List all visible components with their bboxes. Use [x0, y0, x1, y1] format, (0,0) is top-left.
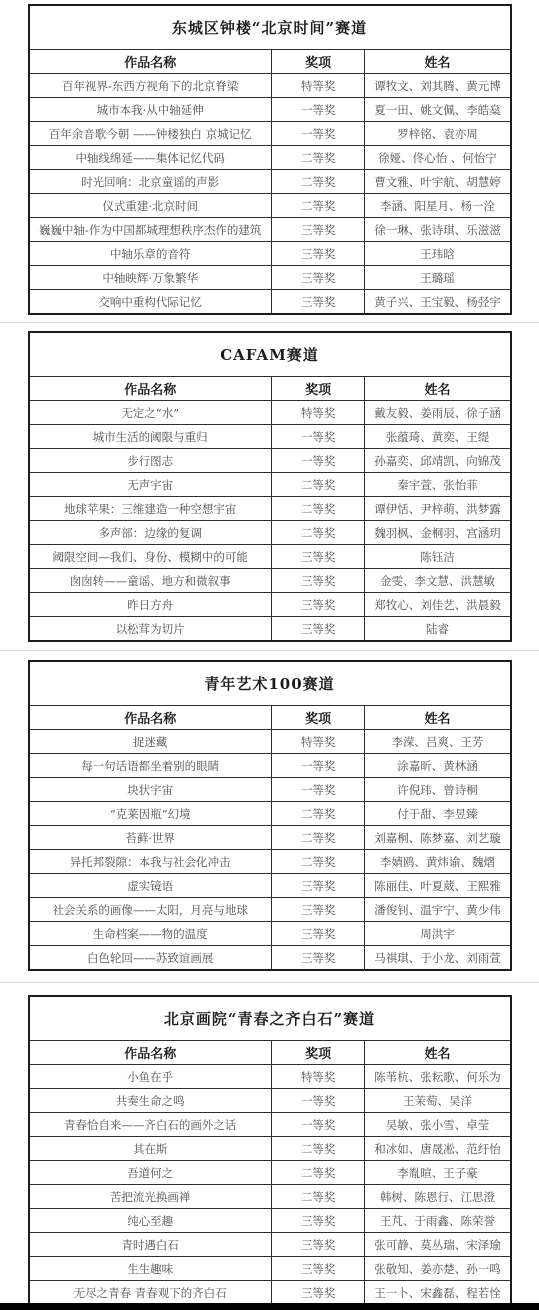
award-cell: 一等奖: [272, 1113, 366, 1136]
table-row: 时光回响：北京童谣的声影二等奖曹文雅、叶宇航、胡慧婷: [30, 170, 510, 194]
names-cell: 张敬知、姜亦楚、孙一鸣: [365, 1257, 509, 1280]
names-cell: 韩树、陈恩行、江思澄: [365, 1185, 509, 1208]
table-row: 城市本我·从中轴延伸一等奖夏一田、姚文佩、李皓燊: [30, 98, 510, 122]
table-title: 东城区钟楼“北京时间”赛道: [30, 6, 510, 50]
award-cell: 三等奖: [272, 242, 366, 265]
award-cell: 一等奖: [272, 778, 366, 801]
names-cell: 罗梓铭、袁亦周: [365, 122, 509, 145]
work-cell: 无声宇宙: [30, 473, 272, 496]
award-cell: 一等奖: [272, 754, 366, 777]
table-row: 青时遇白石三等奖张可静、莫丛瑞、宋泽瑜: [30, 1233, 510, 1257]
table-title: 青年艺术100赛道: [30, 662, 510, 706]
work-cell: 囱囱转——童谣、地方和微叙事: [30, 569, 272, 592]
table-row: 纯心至趣三等奖王芃、于雨鑫、陈荣誉: [30, 1209, 510, 1233]
award-cell: 二等奖: [272, 497, 366, 520]
work-cell: 其在斯: [30, 1137, 272, 1160]
names-cell: 陈丽佳、叶夏葳、王熙雅: [365, 874, 509, 897]
award-cell: 二等奖: [272, 802, 366, 825]
work-cell: 异托邦裂隙：本我与社会化冲击: [30, 850, 272, 873]
work-cell: 时光回响：北京童谣的声影: [30, 170, 272, 193]
table-title: 北京画院“青春之齐白石”赛道: [30, 997, 510, 1041]
names-cell: 金雯、李文慧、洪慧敏: [365, 569, 509, 592]
award-cell: 二等奖: [272, 170, 366, 193]
column-header-award: 奖项: [272, 50, 366, 73]
award-cell: 三等奖: [272, 545, 366, 568]
award-cell: 三等奖: [272, 569, 366, 592]
award-tables-container: 东城区钟楼“北京时间”赛道作品名称奖项姓名百年视界-东西方视角下的北京脊梁特等奖…: [0, 0, 539, 1306]
award-cell: 一等奖: [272, 1089, 366, 1112]
table-row: 生生趣味三等奖张敬知、姜亦楚、孙一鸣: [30, 1257, 510, 1281]
award-cell: 三等奖: [272, 898, 366, 921]
names-cell: 张蕴琦、黄奕、王缇: [365, 425, 509, 448]
table-row: 多声部：边缘的复调二等奖魏羽枫、金桐羽、宫涵玥: [30, 521, 510, 545]
work-cell: 无定之“水”: [30, 401, 272, 424]
award-cell: 二等奖: [272, 1185, 366, 1208]
award-cell: 二等奖: [272, 1161, 366, 1184]
names-cell: 周洪宇: [365, 922, 509, 945]
award-cell: 二等奖: [272, 521, 366, 544]
table-row: 百年余音歌今朝 ——钟楼独白 京城记忆一等奖罗梓铭、袁亦周: [30, 122, 510, 146]
column-header-names: 姓名: [365, 1041, 509, 1064]
table-header-row: 作品名称奖项姓名: [30, 1041, 510, 1065]
award-cell: 特等奖: [272, 730, 366, 753]
names-cell: 许倪玮、曾诗桐: [365, 778, 509, 801]
column-header-names: 姓名: [365, 50, 509, 73]
award-table: CAFAM赛道作品名称奖项姓名无定之“水”特等奖戴友毅、姜雨辰、徐子涵城市生活的…: [28, 331, 512, 642]
award-cell: 二等奖: [272, 1137, 366, 1160]
names-cell: 孙嘉奕、邱靖凯、向锦茂: [365, 449, 509, 472]
table-row: 以松茸为切片三等奖陆睿: [30, 617, 510, 640]
names-cell: 潘俊钊、温宇宁、黄少伟: [365, 898, 509, 921]
table-row: 交响中重构代际记忆三等奖黄子兴、王宝毅、杨弪宇: [30, 290, 510, 313]
names-cell: 王一卜、宋鑫磊、程若恮: [365, 1281, 509, 1304]
names-cell: 王璐瑶: [365, 266, 509, 289]
table-row: 囱囱转——童谣、地方和微叙事三等奖金雯、李文慧、洪慧敏: [30, 569, 510, 593]
table-gap: [0, 971, 539, 995]
table-row: 中轴映辉·万象繁华三等奖王璐瑶: [30, 266, 510, 290]
column-header-award: 奖项: [272, 1041, 366, 1064]
table-header-row: 作品名称奖项姓名: [30, 706, 510, 730]
names-cell: 陈苇杭、张耘歌、何乐为: [365, 1065, 509, 1088]
work-cell: 中轴线绵延——集体记忆代码: [30, 146, 272, 169]
work-cell: 中轴映辉·万象繁华: [30, 266, 272, 289]
table-row: 每一句话语都坐着别的眼睛一等奖涂嘉昕、黄林涵: [30, 754, 510, 778]
award-cell: 三等奖: [272, 922, 366, 945]
award-cell: 三等奖: [272, 1281, 366, 1304]
work-cell: 纯心至趣: [30, 1209, 272, 1232]
table-row: 共奏生命之鸣一等奖王茉萄、吴洋: [30, 1089, 510, 1113]
names-cell: 王茉萄、吴洋: [365, 1089, 509, 1112]
work-cell: 青时遇白石: [30, 1233, 272, 1256]
column-header-work: 作品名称: [30, 50, 272, 73]
table-row: 社会关系的画像——太阳，月亮与地球三等奖潘俊钊、温宇宁、黄少伟: [30, 898, 510, 922]
work-cell: 城市生活的阈限与重归: [30, 425, 272, 448]
column-header-work: 作品名称: [30, 1041, 272, 1064]
work-cell: 生命档案——物的温度: [30, 922, 272, 945]
work-cell: 中轴乐章的音符: [30, 242, 272, 265]
names-cell: 王芃、于雨鑫、陈荣誉: [365, 1209, 509, 1232]
table-title: CAFAM赛道: [30, 333, 510, 377]
names-cell: 和冰如、唐晟凇、范纡怡: [365, 1137, 509, 1160]
names-cell: 夏一田、姚文佩、李皓燊: [365, 98, 509, 121]
work-cell: 百年余音歌今朝 ——钟楼独白 京城记忆: [30, 122, 272, 145]
table-header-row: 作品名称奖项姓名: [30, 377, 510, 401]
work-cell: 步行图志: [30, 449, 272, 472]
award-table: 北京画院“青春之齐白石”赛道作品名称奖项姓名小鱼在乎特等奖陈苇杭、张耘歌、何乐为…: [28, 995, 512, 1306]
section-divider-line: [0, 322, 539, 323]
award-cell: 三等奖: [272, 1257, 366, 1280]
work-cell: 共奏生命之鸣: [30, 1089, 272, 1112]
award-cell: 二等奖: [272, 826, 366, 849]
names-cell: 刘嘉桐、陈梦嘉、刘艺璇: [365, 826, 509, 849]
award-cell: 特等奖: [272, 74, 366, 97]
award-cell: 二等奖: [272, 850, 366, 873]
award-table: 东城区钟楼“北京时间”赛道作品名称奖项姓名百年视界-东西方视角下的北京脊梁特等奖…: [28, 4, 512, 315]
names-cell: 王玮晗: [365, 242, 509, 265]
names-cell: 魏羽枫、金桐羽、宫涵玥: [365, 521, 509, 544]
table-row: 城市生活的阈限与重归一等奖张蕴琦、黄奕、王缇: [30, 425, 510, 449]
work-cell: 交响中重构代际记忆: [30, 290, 272, 313]
column-header-names: 姓名: [365, 377, 509, 400]
names-cell: 徐一琳、张诗琪、乐滋滋: [365, 218, 509, 241]
award-cell: 三等奖: [272, 218, 366, 241]
names-cell: 李溁、吕爽、王芳: [365, 730, 509, 753]
award-cell: 一等奖: [272, 449, 366, 472]
work-cell: 小鱼在乎: [30, 1065, 272, 1088]
award-cell: 三等奖: [272, 1209, 366, 1232]
table-row: 地球苹果：三维建造一种空想宇宙二等奖谭伊恬、尹梓萌、洪梦露: [30, 497, 510, 521]
work-cell: 以松茸为切片: [30, 617, 272, 640]
names-cell: 涂嘉昕、黄林涵: [365, 754, 509, 777]
table-row: 百年视界-东西方视角下的北京脊梁特等奖谭牧文、刘其腾、黄元博: [30, 74, 510, 98]
work-cell: 每一句话语都坐着别的眼睛: [30, 754, 272, 777]
table-row: 无声宇宙二等奖秦宇萱、张怡菲: [30, 473, 510, 497]
work-cell: 城市本我·从中轴延伸: [30, 98, 272, 121]
column-header-work: 作品名称: [30, 706, 272, 729]
column-header-award: 奖项: [272, 706, 366, 729]
names-cell: 谭伊恬、尹梓萌、洪梦露: [365, 497, 509, 520]
table-row: 无尽之青春 青春观下的齐白石三等奖王一卜、宋鑫磊、程若恮: [30, 1281, 510, 1304]
names-cell: 李胤暄、王子豪: [365, 1161, 509, 1184]
award-cell: 三等奖: [272, 266, 366, 289]
bottom-black-bar: [0, 1303, 539, 1310]
award-cell: 一等奖: [272, 425, 366, 448]
work-cell: 仪式重建·北京时间: [30, 194, 272, 217]
section-divider-line: [0, 650, 539, 651]
table-row: 小鱼在乎特等奖陈苇杭、张耘歌、何乐为: [30, 1065, 510, 1089]
work-cell: “克莱因瓶”幻境: [30, 802, 272, 825]
work-cell: 百年视界-东西方视角下的北京脊梁: [30, 74, 272, 97]
table-row: 仪式重建·北京时间二等奖李涵、阳星月、杨一洤: [30, 194, 510, 218]
table-row: 块状宇宙一等奖许倪玮、曾诗桐: [30, 778, 510, 802]
work-cell: 捉迷藏: [30, 730, 272, 753]
work-cell: 无尽之青春 青春观下的齐白石: [30, 1281, 272, 1304]
names-cell: 郑牧心、刘佳艺、洪晨毅: [365, 593, 509, 616]
table-row: 异托邦裂隙：本我与社会化冲击二等奖李婧鸥、黄炜谕、魏熠: [30, 850, 510, 874]
table-row: 中轴线绵延——集体记忆代码二等奖徐娅、佟心怡 、何怡宁: [30, 146, 510, 170]
work-cell: 青春恰自来——齐白石的画外之话: [30, 1113, 272, 1136]
table-gap: [0, 315, 539, 331]
award-cell: 特等奖: [272, 1065, 366, 1088]
award-table: 青年艺术100赛道作品名称奖项姓名捉迷藏特等奖李溁、吕爽、王芳每一句话语都坐着别…: [28, 660, 512, 971]
names-cell: 戴友毅、姜雨辰、徐子涵: [365, 401, 509, 424]
award-cell: 特等奖: [272, 401, 366, 424]
names-cell: 吴敏、张小雪、卓莹: [365, 1113, 509, 1136]
table-row: 苦把流光换画禅二等奖韩树、陈恩行、江思澄: [30, 1185, 510, 1209]
table-row: 阈限空间—我们、身份、模糊中的可能三等奖陈钰洁: [30, 545, 510, 569]
names-cell: 李涵、阳星月、杨一洤: [365, 194, 509, 217]
award-cell: 三等奖: [272, 1233, 366, 1256]
column-header-names: 姓名: [365, 706, 509, 729]
work-cell: 巍巍中轴-作为中国都城理想秩序杰作的建筑: [30, 218, 272, 241]
table-row: 捉迷藏特等奖李溁、吕爽、王芳: [30, 730, 510, 754]
work-cell: 块状宇宙: [30, 778, 272, 801]
work-cell: 生生趣味: [30, 1257, 272, 1280]
table-row: 苔藓·世界二等奖刘嘉桐、陈梦嘉、刘艺璇: [30, 826, 510, 850]
table-row: 白色轮回——苏致谊画展三等奖马祺琪、于小龙、刘雨萱: [30, 946, 510, 969]
names-cell: 李婧鸥、黄炜谕、魏熠: [365, 850, 509, 873]
work-cell: 多声部：边缘的复调: [30, 521, 272, 544]
award-results-page: 东城区钟楼“北京时间”赛道作品名称奖项姓名百年视界-东西方视角下的北京脊梁特等奖…: [0, 0, 539, 1310]
award-cell: 一等奖: [272, 122, 366, 145]
table-header-row: 作品名称奖项姓名: [30, 50, 510, 74]
award-cell: 三等奖: [272, 946, 366, 969]
award-cell: 三等奖: [272, 617, 366, 640]
work-cell: 苦把流光换画禅: [30, 1185, 272, 1208]
names-cell: 陈钰洁: [365, 545, 509, 568]
table-row: 昨日方舟三等奖郑牧心、刘佳艺、洪晨毅: [30, 593, 510, 617]
award-cell: 三等奖: [272, 290, 366, 313]
work-cell: 社会关系的画像——太阳，月亮与地球: [30, 898, 272, 921]
column-header-work: 作品名称: [30, 377, 272, 400]
names-cell: 徐娅、佟心怡 、何怡宁: [365, 146, 509, 169]
table-row: 吾道何之二等奖李胤暄、王子豪: [30, 1161, 510, 1185]
table-row: “克莱因瓶”幻境二等奖付于甜、李昱臻: [30, 802, 510, 826]
award-cell: 二等奖: [272, 146, 366, 169]
work-cell: 虚实镜语: [30, 874, 272, 897]
table-row: 青春恰自来——齐白石的画外之话一等奖吴敏、张小雪、卓莹: [30, 1113, 510, 1137]
table-row: 其在斯二等奖和冰如、唐晟凇、范纡怡: [30, 1137, 510, 1161]
names-cell: 曹文雅、叶宇航、胡慧婷: [365, 170, 509, 193]
award-cell: 二等奖: [272, 194, 366, 217]
table-row: 无定之“水”特等奖戴友毅、姜雨辰、徐子涵: [30, 401, 510, 425]
award-cell: 一等奖: [272, 98, 366, 121]
column-header-award: 奖项: [272, 377, 366, 400]
names-cell: 张可静、莫丛瑞、宋泽瑜: [365, 1233, 509, 1256]
work-cell: 白色轮回——苏致谊画展: [30, 946, 272, 969]
names-cell: 陆睿: [365, 617, 509, 640]
table-row: 巍巍中轴-作为中国都城理想秩序杰作的建筑三等奖徐一琳、张诗琪、乐滋滋: [30, 218, 510, 242]
work-cell: 地球苹果：三维建造一种空想宇宙: [30, 497, 272, 520]
work-cell: 阈限空间—我们、身份、模糊中的可能: [30, 545, 272, 568]
names-cell: 谭牧文、刘其腾、黄元博: [365, 74, 509, 97]
table-row: 中轴乐章的音符三等奖王玮晗: [30, 242, 510, 266]
table-gap: [0, 642, 539, 660]
names-cell: 马祺琪、于小龙、刘雨萱: [365, 946, 509, 969]
work-cell: 苔藓·世界: [30, 826, 272, 849]
section-divider-line: [0, 982, 539, 983]
table-row: 生命档案——物的温度三等奖周洪宇: [30, 922, 510, 946]
award-cell: 三等奖: [272, 593, 366, 616]
table-row: 虚实镜语三等奖陈丽佳、叶夏葳、王熙雅: [30, 874, 510, 898]
work-cell: 昨日方舟: [30, 593, 272, 616]
names-cell: 秦宇萱、张怡菲: [365, 473, 509, 496]
names-cell: 付于甜、李昱臻: [365, 802, 509, 825]
table-row: 步行图志一等奖孙嘉奕、邱靖凯、向锦茂: [30, 449, 510, 473]
names-cell: 黄子兴、王宝毅、杨弪宇: [365, 290, 509, 313]
award-cell: 三等奖: [272, 874, 366, 897]
award-cell: 二等奖: [272, 473, 366, 496]
work-cell: 吾道何之: [30, 1161, 272, 1184]
